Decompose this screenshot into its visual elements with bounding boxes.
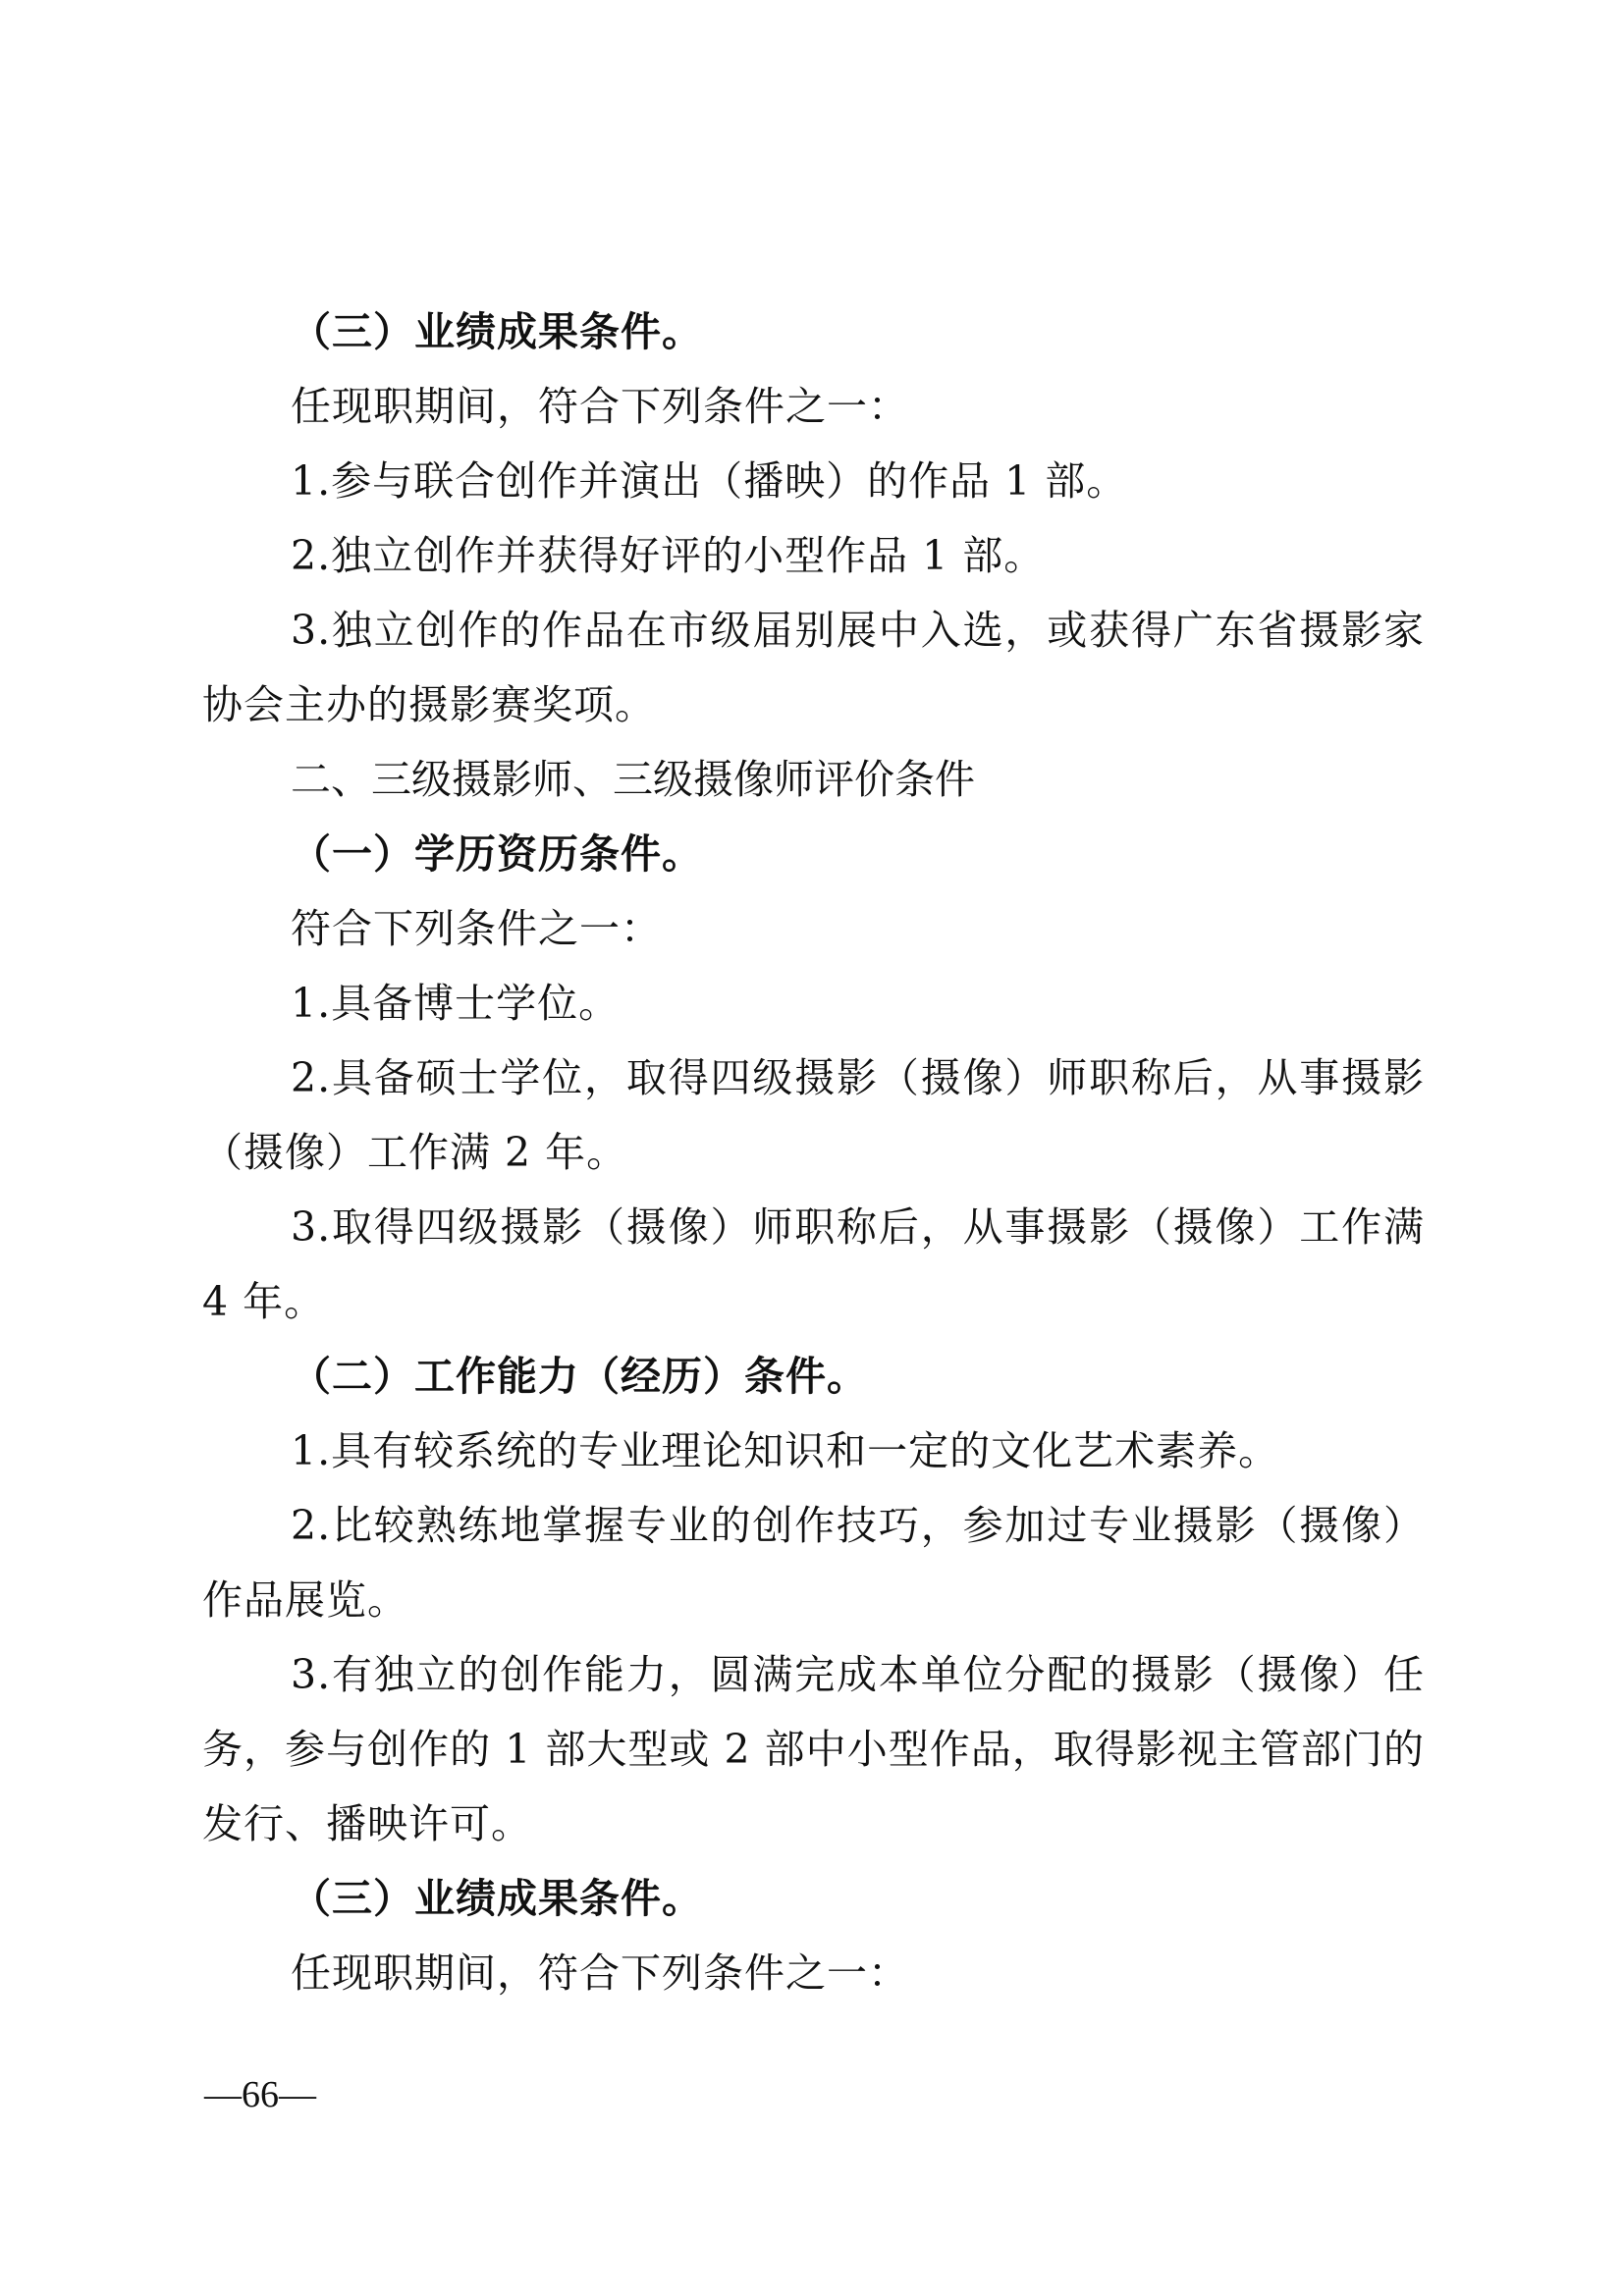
document-page: （三）业绩成果条件。 任现职期间，符合下列条件之一： 1.参与联合创作并演出（播… (0, 0, 1623, 2296)
list-item: 1.具有较系统的专业理论知识和一定的文化艺术素养。 (202, 1414, 1425, 1488)
body-paragraph: 任现职期间，符合下列条件之一： (202, 369, 1425, 444)
list-item: 2.独立创作并获得好评的小型作品 1 部。 (202, 518, 1425, 593)
subheading-work-ability-conditions: （二）工作能力（经历）条件。 (202, 1339, 1425, 1414)
body-paragraph: 符合下列条件之一： (202, 891, 1425, 966)
page-number: —66— (204, 2073, 316, 2116)
list-item: 3.独立创作的作品在市级届别展中入选，或获得广东省摄影家协会主办的摄影赛奖项。 (202, 593, 1425, 742)
list-item: 1.参与联合创作并演出（播映）的作品 1 部。 (202, 444, 1425, 518)
document-body: （三）业绩成果条件。 任现职期间，符合下列条件之一： 1.参与联合创作并演出（播… (202, 294, 1425, 2010)
list-item: 3.有独立的创作能力，圆满完成本单位分配的摄影（摄像）任务，参与创作的 1 部大… (202, 1637, 1425, 1861)
subheading-achievement-conditions: （三）业绩成果条件。 (202, 294, 1425, 369)
section-heading: 二、三级摄影师、三级摄像师评价条件 (202, 742, 1425, 817)
list-item: 2.比较熟练地掌握专业的创作技巧，参加过专业摄影（摄像）作品展览。 (202, 1488, 1425, 1637)
list-item: 3.取得四级摄影（摄像）师职称后，从事摄影（摄像）工作满 4 年。 (202, 1190, 1425, 1339)
subheading-education-conditions: （一）学历资历条件。 (202, 817, 1425, 891)
body-paragraph: 任现职期间，符合下列条件之一： (202, 1936, 1425, 2010)
list-item: 1.具备博士学位。 (202, 966, 1425, 1041)
list-item: 2.具备硕士学位，取得四级摄影（摄像）师职称后，从事摄影（摄像）工作满 2 年。 (202, 1041, 1425, 1190)
subheading-achievement-conditions: （三）业绩成果条件。 (202, 1861, 1425, 1936)
